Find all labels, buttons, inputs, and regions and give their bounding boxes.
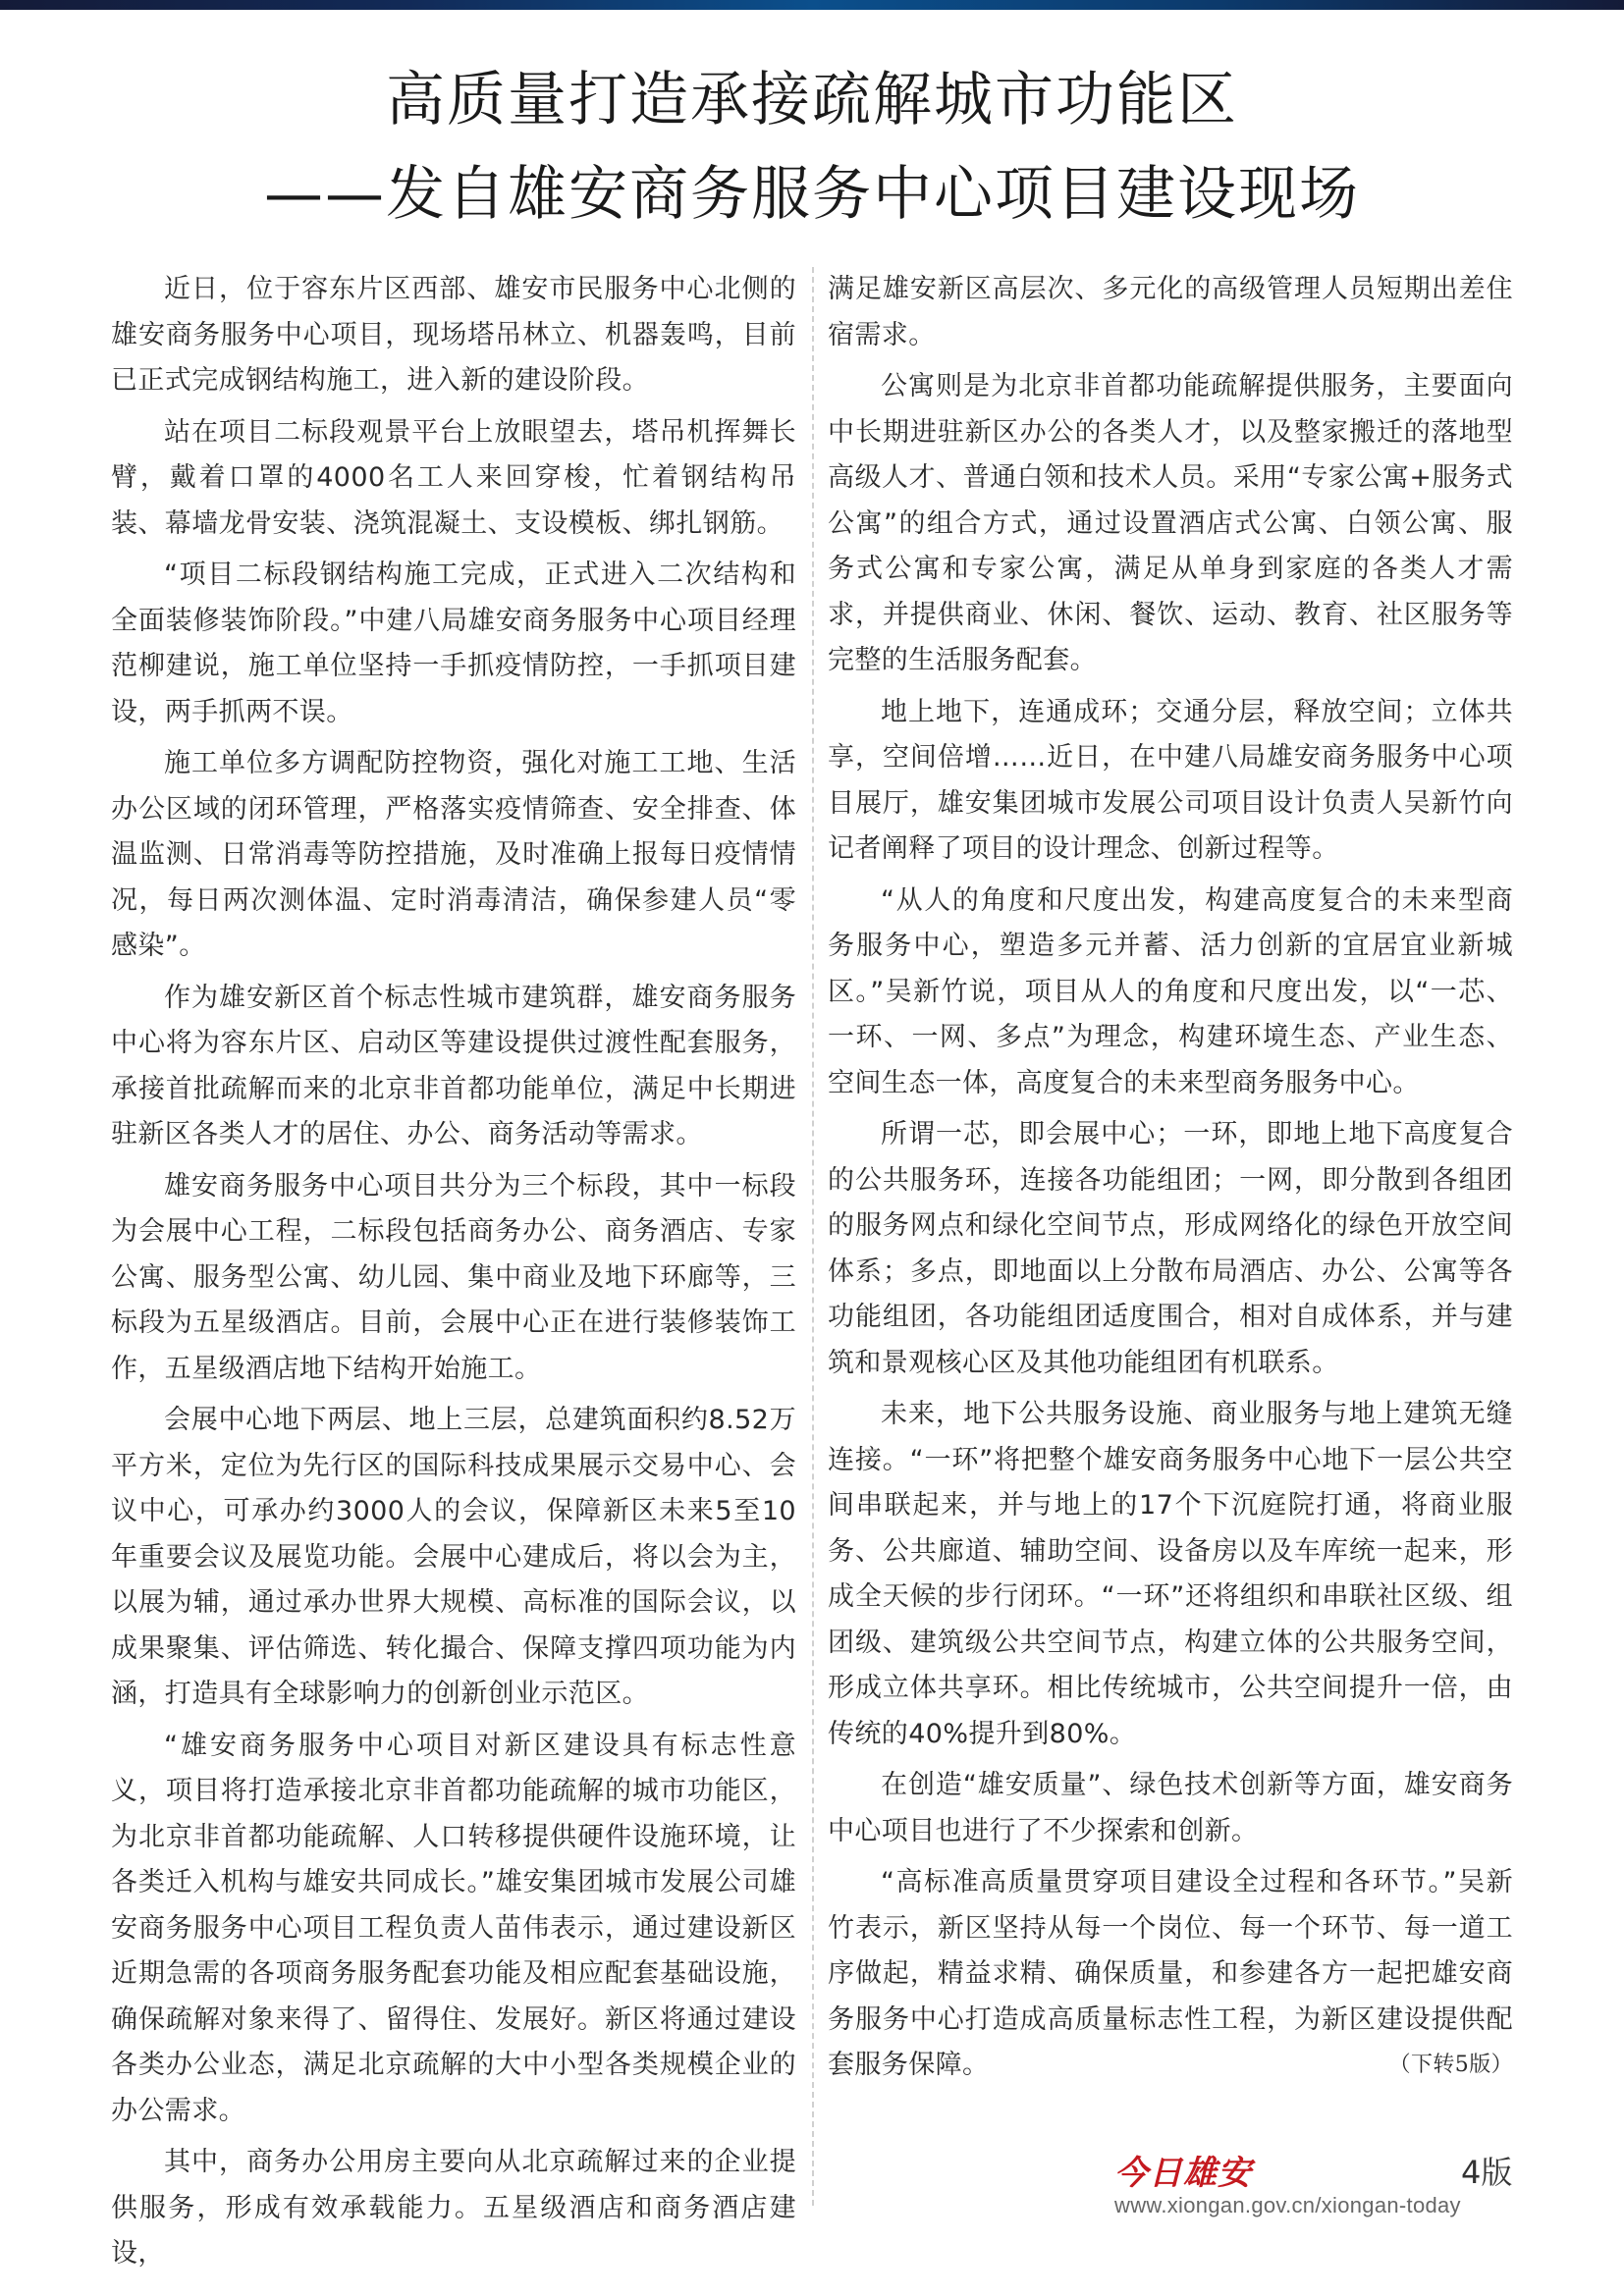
paragraph: 公寓则是为北京非首都功能疏解提供服务，主要面向中长期进驻新区办公的各类人才，以及… [828,364,1513,684]
headline-subtitle: ——发自雄安商务服务中心项目建设现场 [0,165,1624,224]
headline-title: 高质量打造承接疏解城市功能区 [0,71,1624,130]
paragraph: “从人的角度和尺度出发，构建高度复合的未来型商务服务中心，塑造多元并蓄、活力创新… [828,879,1513,1107]
paragraph: 雄安商务服务中心项目共分为三个标段，其中一标段为会展中心工程，二标段包括商务办公… [111,1164,796,1393]
paragraph: 在创造“雄安质量”、绿色技术创新等方面，雄安商务中心项目也进行了不少探索和创新。 [828,1763,1513,1854]
newspaper-logo: 今日雄安 [1114,2146,1252,2194]
top-color-bar [0,0,1624,10]
paragraph: 会展中心地下两层、地上三层，总建筑面积约8.52万平方米，定位为先行区的国际科技… [111,1398,796,1718]
page-number: 4版 [1461,2148,1512,2193]
article-column-right: 满足雄安新区高层次、多元化的高级管理人员短期出差住宿需求。 公寓则是为北京非首都… [828,267,1513,2095]
paragraph: 所谓一芯，即会展中心；一环，即地上地下高度复合的公共服务环，连接各功能组团；一网… [828,1112,1513,1386]
paragraph: “项目二标段钢结构施工完成，正式进入二次结构和全面装修装饰阶段。”中建八局雄安商… [111,553,796,735]
paragraph: 施工单位多方调配防控物资，强化对施工工地、生活办公区域的闭环管理，严格落实疫情筛… [111,741,796,970]
paragraph-continuation: 满足雄安新区高层次、多元化的高级管理人员短期出差住宿需求。 [828,267,1513,358]
column-divider [812,267,814,2206]
paragraph: 作为雄安新区首个标志性城市建筑群，雄安商务服务中心将为容东片区、启动区等建设提供… [111,976,796,1158]
paragraph: 近日，位于容东片区西部、雄安市民服务中心北侧的雄安商务服务中心项目，现场塔吊林立… [111,267,796,404]
paragraph: 地上地下，连通成环；交通分层，释放空间；立体共享，空间倍增……近日，在中建八局雄… [828,690,1513,873]
website-url[interactable]: www.xiongan.gov.cn/xiongan-today [1114,2193,1461,2218]
paragraph-last: “高标准高质量贯穿项目建设全过程和各环节。”吴新竹表示，新区坚持从每一个岗位、每… [828,1860,1513,2089]
paragraph: 未来，地下公共服务设施、商业服务与地上建筑无缝连接。“一环”将把整个雄安商务服务… [828,1392,1513,1757]
paragraph: 站在项目二标段观景平台上放眼望去，塔吊机挥舞长臂，戴着口罩的4000名工人来回穿… [111,410,796,548]
article-column-left: 近日，位于容东片区西部、雄安市民服务中心北侧的雄安商务服务中心项目，现场塔吊林立… [111,267,796,2283]
paragraph: 其中，商务办公用房主要向从北京疏解过来的企业提供服务，形成有效承载能力。五星级酒… [111,2140,796,2277]
paragraph: “雄安商务服务中心项目对新区建设具有标志性意义，项目将打造承接北京非首都功能疏解… [111,1724,796,2135]
continued-on-note: （下转5版） [1336,2043,1513,2089]
